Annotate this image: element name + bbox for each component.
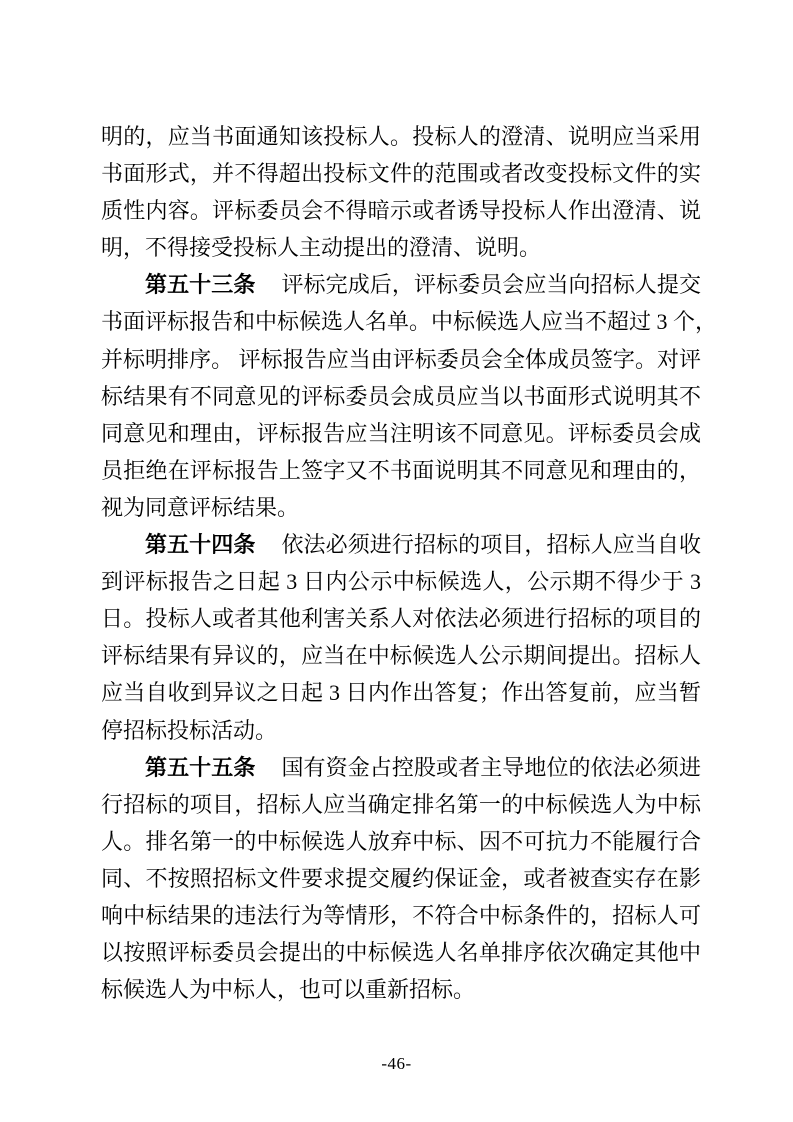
article-number: 第五十五条 [145, 755, 255, 780]
text-line-content: 视为同意评标结果。 [101, 495, 299, 520]
text-line-content: 员拒绝在评标报告上签字又不书面说明其不同意见和理由的， [101, 458, 701, 483]
text-line-content: 国有资金占控股或者主导地位的依法必须进 [281, 755, 701, 780]
text-line-content: 以按照评标委员会提出的中标候选人名单排序依次确定其他中 [101, 940, 701, 965]
text-line: 明，不得接受投标人主动提出的澄清、说明。 [101, 229, 701, 266]
text-line: 到评标报告之日起 3 日内公示中标候选人，公示期不得少于 3 [101, 563, 701, 600]
body-text: 明的，应当书面通知该投标人。投标人的澄清、说明应当采用 书面形式，并不得超出投标… [101, 118, 701, 1008]
text-line-content: 日。投标人或者其他利害关系人对依法必须进行招标的项目的 [101, 606, 701, 631]
text-line: 明的，应当书面通知该投标人。投标人的澄清、说明应当采用 [101, 118, 701, 155]
text-line-content: 同意见和理由，评标报告应当注明该不同意见。评标委员会成 [101, 421, 701, 446]
page-number: -46- [0, 1052, 793, 1076]
text-line: 同、不按照招标文件要求提交履约保证金，或者被查实存在影 [101, 860, 701, 897]
text-line: 行招标的项目，招标人应当确定排名第一的中标候选人为中标 [101, 786, 701, 823]
text-line: 人。排名第一的中标候选人放弃中标、因不可抗力不能履行合 [101, 823, 701, 860]
document-page: 明的，应当书面通知该投标人。投标人的澄清、说明应当采用 书面形式，并不得超出投标… [0, 0, 793, 1122]
text-line-content: 书面评标报告和中标候选人名单。中标候选人应当不超过 3 个， [101, 309, 717, 334]
article-number: 第五十三条 [145, 272, 255, 297]
text-line-content: 标候选人为中标人，也可以重新招标。 [101, 977, 475, 1002]
text-line: 标结果有不同意见的评标委员会成员应当以书面形式说明其不 [101, 378, 701, 415]
text-line: 评标结果有异议的，应当在中标候选人公示期间提出。招标人 [101, 637, 701, 674]
text-line: 并标明排序。 评标报告应当由评标委员会全体成员签字。对评 [101, 341, 701, 378]
text-line-content: 评标结果有异议的，应当在中标候选人公示期间提出。招标人 [101, 643, 701, 668]
text-line: 标候选人为中标人，也可以重新招标。 [101, 971, 701, 1008]
text-line-content: 评标完成后，评标委员会应当向招标人提交 [281, 272, 701, 297]
text-line: 同意见和理由，评标报告应当注明该不同意见。评标委员会成 [101, 415, 701, 452]
text-line: 视为同意评标结果。 [101, 489, 701, 526]
text-line-content: 质性内容。评标委员会不得暗示或者诱导投标人作出澄清、说 [101, 198, 701, 223]
text-line: 以按照评标委员会提出的中标候选人名单排序依次确定其他中 [101, 934, 701, 971]
text-line: 书面形式，并不得超出投标文件的范围或者改变投标文件的实 [101, 155, 701, 192]
text-line-content: 书面形式，并不得超出投标文件的范围或者改变投标文件的实 [101, 161, 701, 186]
article-54-heading-line: 第五十四条依法必须进行招标的项目，招标人应当自收 [101, 526, 701, 563]
text-line: 响中标结果的违法行为等情形，不符合中标条件的，招标人可 [101, 897, 701, 934]
text-line-content: 到评标报告之日起 3 日内公示中标候选人，公示期不得少于 3 [101, 569, 701, 594]
text-line: 员拒绝在评标报告上签字又不书面说明其不同意见和理由的， [101, 452, 701, 489]
text-line-content: 停招标投标活动。 [101, 718, 277, 743]
text-line: 质性内容。评标委员会不得暗示或者诱导投标人作出澄清、说 [101, 192, 701, 229]
text-line-content: 响中标结果的违法行为等情形，不符合中标条件的，招标人可 [101, 903, 701, 928]
text-line-content: 行招标的项目，招标人应当确定排名第一的中标候选人为中标 [101, 792, 701, 817]
text-line-content: 应当自收到异议之日起 3 日内作出答复；作出答复前，应当暂 [101, 680, 701, 705]
text-line: 书面评标报告和中标候选人名单。中标候选人应当不超过 3 个， [101, 303, 701, 340]
text-line: 日。投标人或者其他利害关系人对依法必须进行招标的项目的 [101, 600, 701, 637]
text-line-content: 明的，应当书面通知该投标人。投标人的澄清、说明应当采用 [101, 124, 701, 149]
text-line-content: 依法必须进行招标的项目，招标人应当自收 [281, 532, 701, 557]
article-number: 第五十四条 [145, 532, 255, 557]
text-line: 应当自收到异议之日起 3 日内作出答复；作出答复前，应当暂 [101, 674, 701, 711]
text-line-content: 明，不得接受投标人主动提出的澄清、说明。 [101, 235, 541, 260]
text-line-content: 人。排名第一的中标候选人放弃中标、因不可抗力不能履行合 [101, 829, 701, 854]
text-line: 停招标投标活动。 [101, 712, 701, 749]
text-line-content: 并标明排序。 评标报告应当由评标委员会全体成员签字。对评 [101, 347, 701, 372]
text-line-content: 标结果有不同意见的评标委员会成员应当以书面形式说明其不 [101, 384, 701, 409]
text-line-content: 同、不按照招标文件要求提交履约保证金，或者被查实存在影 [101, 866, 701, 891]
article-55-heading-line: 第五十五条国有资金占控股或者主导地位的依法必须进 [101, 749, 701, 786]
article-53-heading-line: 第五十三条评标完成后，评标委员会应当向招标人提交 [101, 266, 701, 303]
